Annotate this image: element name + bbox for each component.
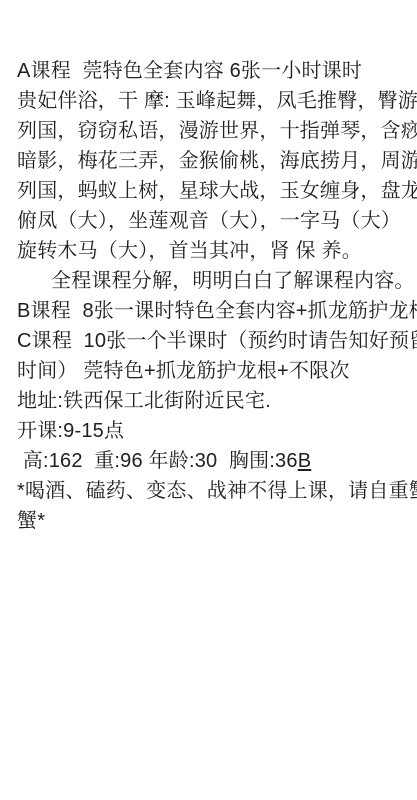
stats-line: 高:162 重:96 年龄:30 胸围:36B — [17, 446, 403, 476]
stats-cup-size: B — [298, 450, 312, 472]
course-a-detail-line-2: 列国，窃窃私语，漫游世界，十指弹琴，含痧 — [17, 116, 403, 146]
course-summary-line: 全程课程分解，明明白白了解课程内容。 — [17, 266, 403, 296]
notice-line-2: 蟹* — [17, 506, 403, 536]
course-c-line-1: C课程 10张一个半课时（预约时请告知好预留 — [17, 326, 403, 356]
course-a-detail-line-4: 列国，蚂蚁上树，星球大战，玉女缠身，盘龙 — [17, 176, 403, 206]
stats-text: 高:162 重:96 年龄:30 胸围:36 — [17, 450, 298, 472]
notice-line-1: *喝酒、磕药、变态、战神不得上课，请自重蟹 — [17, 476, 403, 506]
course-a-detail-line-6: 旋转木马（大），首当其冲，肾 保 养。 — [17, 236, 403, 266]
course-c-line-2: 时间） 莞特色+抓龙筋护龙根+不限次 — [17, 356, 403, 386]
course-a-detail-line-1: 贵妃伴浴，干 摩: 玉峰起舞，凤毛推臀，臀游 — [17, 86, 403, 116]
address-line: 地址:铁西保工北街附近民宅. — [17, 386, 403, 416]
course-a-title: A课程 莞特色全套内容 6张一小时课时 — [17, 56, 403, 86]
hours-line: 开课:9-15点 — [17, 416, 403, 446]
course-a-detail-line-5: 俯凤（大），坐莲观音（大），一字马（大） — [17, 206, 403, 236]
course-a-detail-line-3: 暗影，梅花三弄，金猴偷桃，海底捞月，周游 — [17, 146, 403, 176]
course-b-line: B课程 8张一课时特色全套内容+抓龙筋护龙根 — [17, 296, 403, 326]
text-note: A课程 莞特色全套内容 6张一小时课时 贵妃伴浴，干 摩: 玉峰起舞，凤毛推臀，… — [0, 0, 417, 536]
